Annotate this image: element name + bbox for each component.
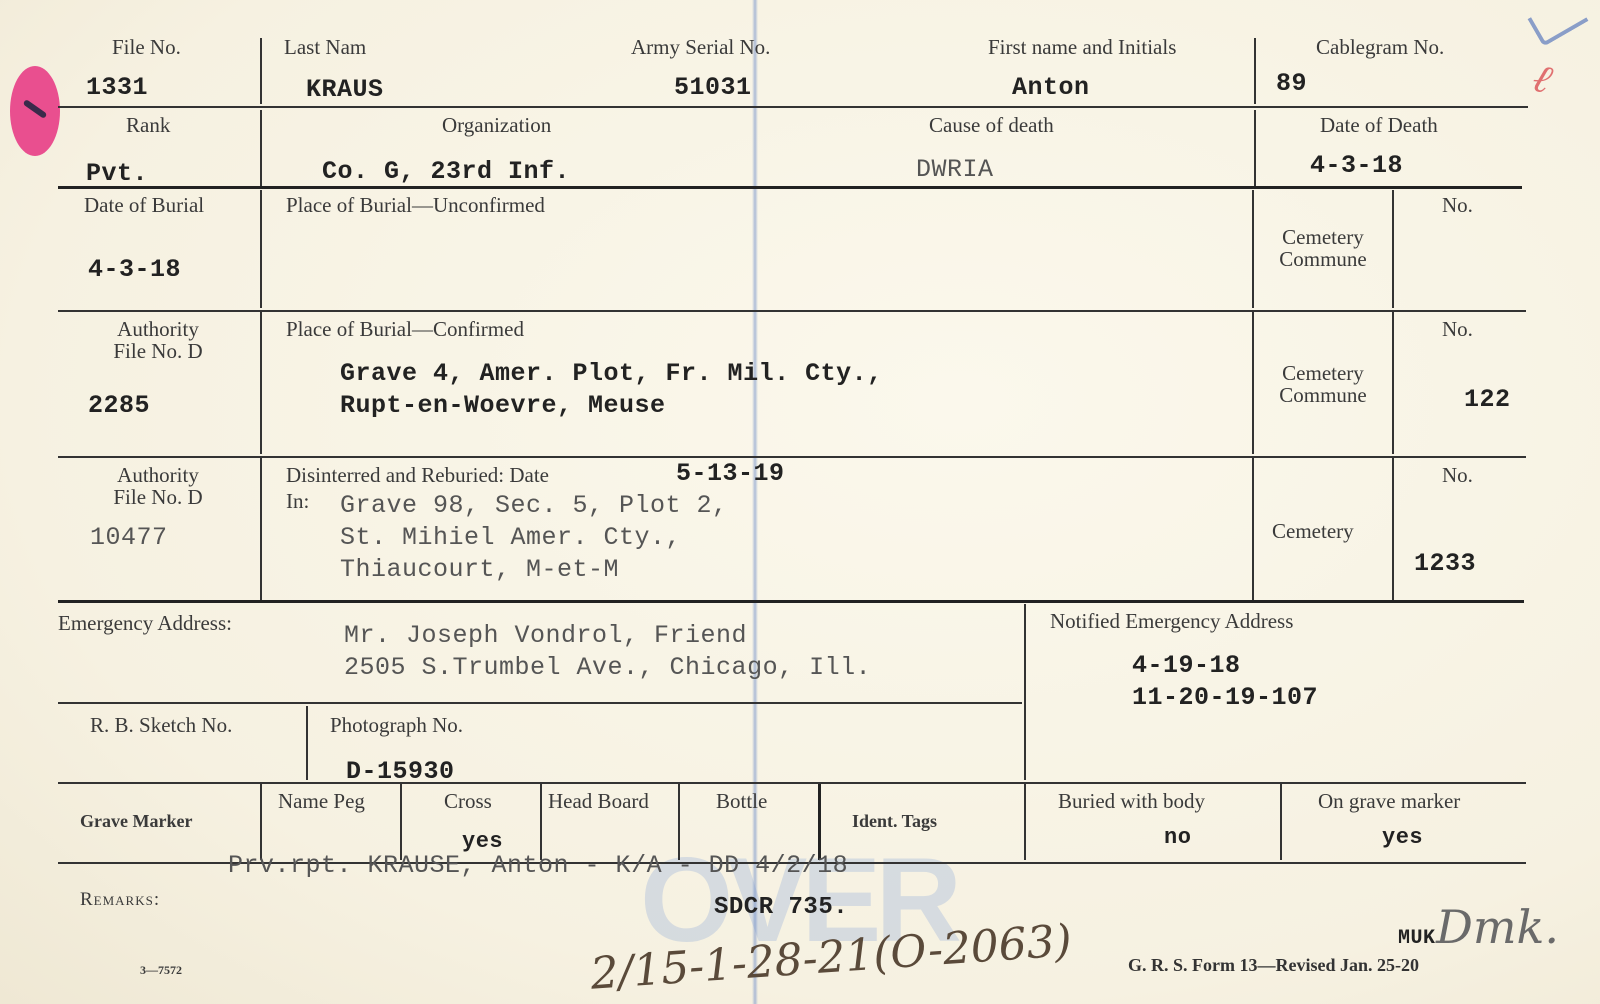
emergency-address-label: Emergency Address:: [58, 612, 232, 634]
notified-line-2: 11-20-19-107: [1132, 682, 1318, 715]
signature: Dmk.: [1436, 900, 1559, 954]
notified-emergency-label: Notified Emergency Address: [1050, 610, 1293, 632]
file-no-value: 1331: [86, 72, 148, 105]
blue-check-mark-icon: [1527, 0, 1588, 47]
place-confirmed-line-2: Rupt-en-Woevre, Meuse: [340, 390, 666, 423]
date-of-burial-value: 4-3-18: [88, 254, 181, 287]
form-name: G. R. S. Form 13—Revised Jan. 25-20: [1128, 956, 1419, 975]
organization-label: Organization: [442, 114, 551, 136]
authority-file-label-1: Authority File No. D: [96, 318, 220, 362]
remarks-label: Remarks:: [80, 890, 160, 910]
reburied-line-2: St. Mihiel Amer. Cty.,: [340, 522, 681, 555]
on-grave-marker-value: yes: [1382, 824, 1423, 853]
head-board-label: Head Board: [548, 790, 649, 812]
cemetery-no-2: 122: [1464, 384, 1511, 417]
emergency-address-line-1: Mr. Joseph Vondrol, Friend: [344, 620, 747, 653]
date-of-death-value: 4-3-18: [1310, 150, 1403, 183]
no-label-2: No.: [1442, 318, 1473, 340]
red-pencil-mark: ℓ: [1526, 54, 1558, 104]
authority-file-no-1: 2285: [88, 390, 150, 423]
authority-file-label-2: Authority File No. D: [96, 464, 220, 508]
pink-tab-marker: [10, 66, 60, 156]
date-of-burial-label: Date of Burial: [84, 194, 204, 216]
cablegram-label: Cablegram No.: [1316, 36, 1444, 58]
disinterred-date-value: 5-13-19: [676, 458, 785, 491]
disinterred-date-label: Disinterred and Reburied: Date: [286, 464, 549, 486]
emergency-address-line-2: 2505 S.Trumbel Ave., Chicago, Ill.: [344, 652, 871, 685]
authority-file-no-2: 10477: [90, 522, 168, 555]
army-serial-value: 51031: [674, 72, 752, 105]
burial-record-card: ℓ OVER File No. 1331 Last Nam KRAUS Army…: [0, 0, 1600, 1004]
notified-line-1: 4-19-18: [1132, 650, 1241, 683]
rank-label: Rank: [126, 114, 170, 136]
initials-stamp: MUK: [1398, 926, 1436, 952]
bottle-label: Bottle: [716, 790, 767, 812]
name-peg-label: Name Peg: [278, 790, 365, 812]
reburied-in-label: In:: [286, 490, 309, 512]
army-serial-label: Army Serial No.: [631, 36, 770, 58]
cross-label: Cross: [444, 790, 492, 812]
rb-sketch-label: R. B. Sketch No.: [90, 714, 232, 736]
place-confirmed-label: Place of Burial—Confirmed: [286, 318, 524, 340]
organization-value: Co. G, 23rd Inf.: [322, 156, 570, 189]
on-grave-marker-label: On grave marker: [1318, 790, 1460, 812]
reburied-line-1: Grave 98, Sec. 5, Plot 2,: [340, 490, 728, 523]
last-name-value: KRAUS: [306, 74, 384, 107]
cemetery-no-3: 1233: [1414, 548, 1476, 581]
cemetery-commune-label-2: Cemetery Commune: [1268, 362, 1378, 406]
cemetery-label-3: Cemetery: [1272, 520, 1354, 542]
ident-tags-label: Ident. Tags: [852, 812, 937, 831]
print-code: 3—7572: [140, 964, 182, 977]
remarks-line-2: SDCR 735.: [714, 892, 848, 923]
file-no-label: File No.: [112, 36, 181, 58]
grave-marker-label: Grave Marker: [80, 812, 192, 831]
buried-with-body-value: no: [1164, 824, 1191, 853]
place-unconfirmed-label: Place of Burial—Unconfirmed: [286, 194, 545, 216]
no-label-1: No.: [1442, 194, 1473, 216]
cause-of-death-value: DWRIA: [916, 154, 994, 187]
date-of-death-label: Date of Death: [1320, 114, 1438, 136]
remarks-line-1: Prv.rpt. KRAUSE, Anton - K/A - DD 4/2/18: [228, 850, 848, 883]
reburied-line-3: Thiaucourt, M-et-M: [340, 554, 619, 587]
place-confirmed-line-1: Grave 4, Amer. Plot, Fr. Mil. Cty.,: [340, 358, 883, 391]
cause-of-death-label: Cause of death: [929, 114, 1054, 136]
first-name-value: Anton: [1012, 72, 1090, 105]
cemetery-commune-label-1: Cemetery Commune: [1270, 226, 1376, 270]
buried-with-body-label: Buried with body: [1058, 790, 1205, 812]
first-name-label: First name and Initials: [988, 36, 1176, 58]
no-label-3: No.: [1442, 464, 1473, 486]
last-name-label: Last Nam: [284, 36, 366, 58]
cablegram-value: 89: [1276, 68, 1307, 101]
photograph-no-label: Photograph No.: [330, 714, 463, 736]
